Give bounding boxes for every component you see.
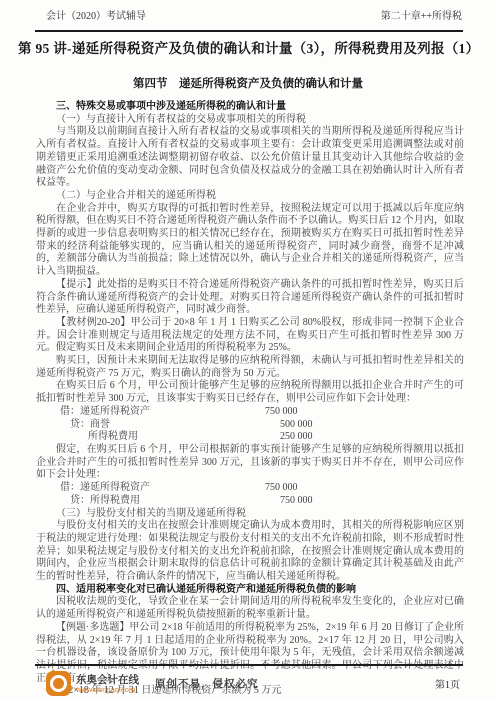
footer-tagline: 原创不易，侵权必究: [155, 676, 259, 691]
journal-entry-line: 贷：商誉 500 000: [36, 419, 464, 432]
journal-debit-label: 借：递延所得税资产: [36, 406, 150, 419]
journal-entry-line: 借：递延所得税资产 750 000: [36, 482, 464, 495]
paragraph-textbook-example: 【教材例20-20】甲公司于 20×8 年 1 月 1 日购买乙公司 80%股权…: [36, 317, 464, 355]
running-header: 会计（2020）考试辅导 第二十章++所得税: [0, 0, 496, 22]
paragraph-share-payment: 与股份支付相关的支出在按照会计准则规定确认为成本费用时，其相关的所得税影响应区别…: [36, 520, 464, 584]
paragraph-purchase-date: 购买日，因预计未来期间无法取得足够的应纳税所得额，未确认与可抵扣暂时性差异相关的…: [36, 355, 464, 380]
journal-credit-amount: 250 000: [280, 431, 313, 444]
journal-credit-amount: 500 000: [280, 419, 313, 432]
subheading-share-payment: （三）与股份支付相关的当期及递延所得税: [36, 508, 464, 521]
document-body: 三、特殊交易或事项中涉及递延所得税的确认和计量 （一）与直接计入所有者权益的交易…: [36, 101, 464, 698]
journal-credit-label: 贷：商誉: [36, 419, 110, 432]
journal-credit-label: 所得税费用: [36, 431, 138, 444]
heading-rate-change: 四、适用税率变化对已确认递延所得税资产和递延所得税负债的影响: [36, 584, 464, 597]
header-divider: [35, 30, 463, 32]
paragraph-assumption: 假定，在购买日后 6 个月，甲公司根据新的事实预计能够产生足够的应纳税所得额用以…: [36, 444, 464, 482]
journal-debit-amount: 750 000: [265, 406, 298, 419]
dongao-logo-icon: [46, 671, 71, 696]
header-chapter-label: 第二十章++所得税: [381, 11, 462, 22]
paragraph-merger-tax: 在企业合并中，购买方取得的可抵扣暂时性差异，按照税法规定可以用于抵减以后年度应纳…: [36, 203, 464, 279]
paragraph-rate-change: 因税收法规的变化，导致企业在某一会计期间适用的所得税税率发生变化的，企业应对已确…: [36, 596, 464, 621]
heading-special-transactions: 三、特殊交易或事项中涉及递延所得税的确认和计量: [36, 101, 464, 114]
paragraph-equity-tax: 与当期及以前期间直接计入所有者权益的交易或事项相关的当期所得税及递延所得税应当计…: [36, 126, 464, 190]
journal-debit-label: 借：递延所得税资产: [36, 482, 150, 495]
section-heading: 第四节 递延所得税资产及负债的确认和计量: [0, 78, 496, 91]
journal-entry-line: 贷：所得税费用 750 000: [36, 495, 464, 508]
paragraph-after-six-months: 在购买日后 6 个月，甲公司预计能够产生足够的应纳税所得额用以抵扣企业合并时产生…: [36, 380, 464, 405]
journal-debit-amount: 750 000: [265, 482, 298, 495]
journal-credit-label: 贷：所得税费用: [36, 495, 140, 508]
document-page: 会计（2020）考试辅导 第二十章++所得税 第 95 讲-递延所得税资产及负债…: [0, 0, 496, 702]
paragraph-tip: 【提示】此处指的是购买日不符合递延所得税资产确认条件的可抵扣暂时性差异，购买日后…: [36, 279, 464, 317]
header-course-label: 会计（2020）考试辅导: [46, 11, 146, 22]
subheading-equity-tax: （一）与直接计入所有者权益的交易或事项相关的所得税: [36, 114, 464, 127]
subheading-merger-tax: （二）与企业合并相关的递延所得税: [36, 190, 464, 203]
page-footer: 东奥会计在线 www.dongao.com 原创不易，侵权必究 第1页: [0, 664, 496, 702]
brand-url: www.dongao.com: [76, 686, 139, 694]
brand-name: 东奥会计在线: [76, 674, 139, 686]
page-number: 第1页: [435, 676, 460, 691]
lecture-title: 第 95 讲-递延所得税资产及负债的确认和计量（3），所得税费用及列报（1）: [18, 40, 478, 57]
journal-entry-line: 借：递延所得税资产 750 000: [36, 406, 464, 419]
brand-block: 东奥会计在线 www.dongao.com: [76, 674, 139, 694]
journal-credit-amount: 750 000: [280, 495, 313, 508]
journal-entry-line: 所得税费用 250 000: [36, 431, 464, 444]
